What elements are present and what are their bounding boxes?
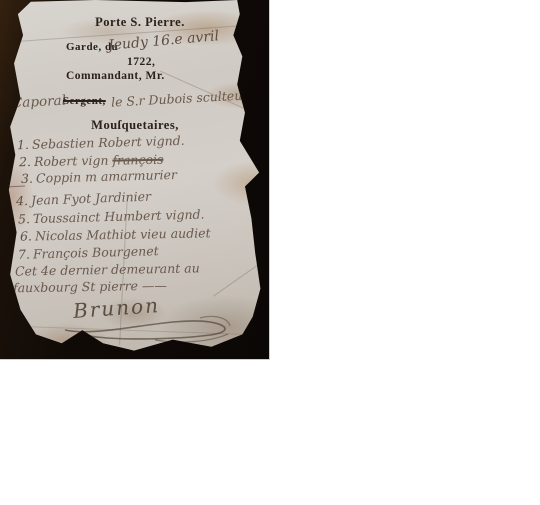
musketeer-row: 2.Robert vign françois xyxy=(19,152,164,170)
musketeer-row: 3.Coppin m amarmurier xyxy=(21,167,177,186)
musketeer-row: 1.Sebastien Robert vignd. xyxy=(17,133,185,152)
margin-dash-mark xyxy=(8,186,25,188)
paper-crease xyxy=(213,244,270,296)
musketeer-row: 4.Jean Fyot Jardinier xyxy=(16,189,151,209)
section-title: Mouſquetaires, xyxy=(60,118,210,133)
musketeer-name: Sebastien Robert vignd. xyxy=(32,133,185,152)
musketeer-name: Coppin m amarmurier xyxy=(36,167,177,186)
musketeer-number: 5. xyxy=(18,211,33,226)
musketeer-name: Toussainct Humbert vignd. xyxy=(33,207,205,226)
musketeer-number: 3. xyxy=(21,171,36,186)
document-photo: Porte S. Pierre. Garde, du Jeudy 16.e av… xyxy=(0,0,270,360)
musketeer-row: 6.Nicolas Mathiot vieu audiet xyxy=(20,225,211,243)
musketeer-number: 6. xyxy=(20,228,35,243)
handwritten-rank: Caporal xyxy=(12,93,67,112)
sergent-struck-label: Sergent, xyxy=(63,95,106,107)
year-label: 1722, xyxy=(127,56,155,68)
musketeer-number: 1. xyxy=(17,137,32,152)
musketeer-row: 7.François Bourgenet xyxy=(18,243,159,262)
manuscript-paper: Porte S. Pierre. Garde, du Jeudy 16.e av… xyxy=(5,0,263,352)
musketeer-row: 5.Toussainct Humbert vignd. xyxy=(18,207,205,227)
commandant-label: Commandant, Mr. xyxy=(66,70,165,82)
signature-flourish xyxy=(60,308,240,348)
document-title: Porte S. Pierre. xyxy=(65,15,215,30)
musketeer-name: François Bourgenet xyxy=(33,243,159,261)
musketeer-name: Robert vign xyxy=(34,153,113,169)
residence-note-line2: fauxbourg St pierre —— xyxy=(13,278,167,296)
handwritten-sergeant-name: le S.r Dubois sculteur xyxy=(111,87,249,109)
residence-note-line1: Cet 4e dernier demeurant au xyxy=(15,260,200,278)
musketeer-number: 7. xyxy=(18,246,33,261)
musketeer-name-struck: françois xyxy=(112,152,163,168)
musketeer-name: Jean Fyot Jardinier xyxy=(31,189,151,208)
musketeer-number: 2. xyxy=(19,154,34,169)
handwritten-date: Jeudy 16.e avril xyxy=(108,28,220,54)
musketeer-number: 4. xyxy=(16,193,32,209)
musketeer-name: Nicolas Mathiot vieu audiet xyxy=(35,225,211,243)
